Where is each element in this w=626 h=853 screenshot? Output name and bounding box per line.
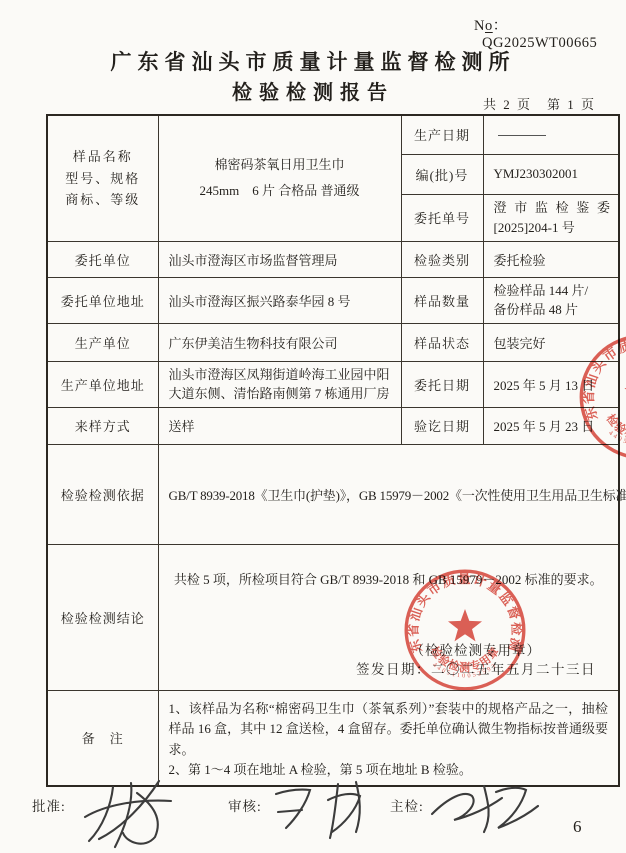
conclusion-cell: 共检 5 项，所检项目符合 GB/T 8939-2018 和 GB 15979－… <box>158 544 619 690</box>
client-address-label: 委托单位地址 <box>47 277 158 323</box>
sample-qty-label: 样品数量 <box>401 277 483 323</box>
sample-state-value: 包装完好 <box>483 323 619 361</box>
manufacturer-address-value: 汕头市澄海区凤翔街道岭海工业园中阳大道东侧、清怡路南侧第 7 栋通用厂房 <box>158 361 401 407</box>
page-count: 共 2 页 第 1 页 <box>483 94 596 113</box>
basis-label: 检验检测依据 <box>47 444 158 544</box>
review-signature <box>268 778 388 843</box>
org-title: 广东省汕头市质量计量监督检测所 <box>0 46 626 76</box>
doc-number-label: N <box>474 18 485 34</box>
basis-value: GB/T 8939-2018《卫生巾(护垫)》，GB 15979－2002《一次… <box>158 444 619 544</box>
doc-number-colon: ： <box>493 18 508 34</box>
completion-date-value: 2025 年 5 月 23 日 <box>483 407 619 444</box>
completion-date-label: 验讫日期 <box>401 407 483 444</box>
issue-date: 签发日期：二〇二五年五月二十三日 <box>356 658 596 678</box>
order-no-label: 委托单号 <box>401 194 483 241</box>
sample-name-label: 样品名称 型号、规格 商标、等级 <box>47 115 158 241</box>
client-address-value: 汕头市澄海区振兴路泰华园 8 号 <box>158 277 401 323</box>
manufacturer-value: 广东伊美洁生物科技有限公司 <box>158 323 401 361</box>
inspection-type-value: 委托检验 <box>483 241 619 277</box>
batch-no-value: YMJ230302001 <box>483 154 619 194</box>
sampling-method-label: 来样方式 <box>47 407 158 444</box>
client-label: 委托单位 <box>47 241 158 277</box>
sample-name-value: 棉密码茶氧日用卫生巾 245mm 6 片 合格品 普通级 <box>158 115 401 241</box>
approve-signature <box>75 775 205 850</box>
conclusion-label: 检验检测结论 <box>47 544 158 690</box>
manufacturer-label: 生产单位 <box>47 323 158 361</box>
sample-qty-value: 检验样品 144 片/ 备份样品 48 片 <box>483 277 619 323</box>
chief-signature <box>426 778 546 840</box>
sample-state-label: 样品状态 <box>401 323 483 361</box>
commission-date-value: 2025 年 5 月 13 日 <box>483 361 619 407</box>
production-date-label: 生产日期 <box>401 115 483 154</box>
order-no-value: 澄市监检鉴委 [2025]204-1 号 <box>483 194 619 241</box>
manufacturer-address-label: 生产单位地址 <box>47 361 158 407</box>
review-label: 审核: <box>228 795 262 815</box>
report-table: 样品名称 型号、规格 商标、等级 棉密码茶氧日用卫生巾 245mm 6 片 合格… <box>46 114 620 787</box>
conclusion-value: 共检 5 项，所检项目符合 GB/T 8939-2018 和 GB 15979－… <box>159 569 619 588</box>
blank-dash <box>498 135 546 136</box>
batch-no-label: 编(批)号 <box>401 154 483 194</box>
chief-label: 主检: <box>390 795 424 815</box>
approve-label: 批准: <box>32 795 66 815</box>
production-date-value <box>483 115 619 154</box>
inspection-type-label: 检验类别 <box>401 241 483 277</box>
remarks-label: 备 注 <box>47 690 158 786</box>
client-value: 汕头市澄海区市场监督管理局 <box>158 241 401 277</box>
seal-caption: （检验检测专用章） <box>411 639 542 659</box>
doc-number-label-o: o <box>485 18 493 34</box>
sampling-method-value: 送样 <box>158 407 401 444</box>
report-page: No：QG2025WT00665 广东省汕头市质量计量监督检测所 检验检测报告 … <box>0 0 626 853</box>
remarks-note-1: 1、该样品为名称“棉密码卫生巾（茶氧系列）”套装中的规格产品之一，抽检样品 16… <box>169 699 609 761</box>
page-number: 6 <box>573 817 582 837</box>
remarks-value: 1、该样品为名称“棉密码卫生巾（茶氧系列）”套装中的规格产品之一，抽检样品 16… <box>158 690 619 786</box>
commission-date-label: 委托日期 <box>401 361 483 407</box>
